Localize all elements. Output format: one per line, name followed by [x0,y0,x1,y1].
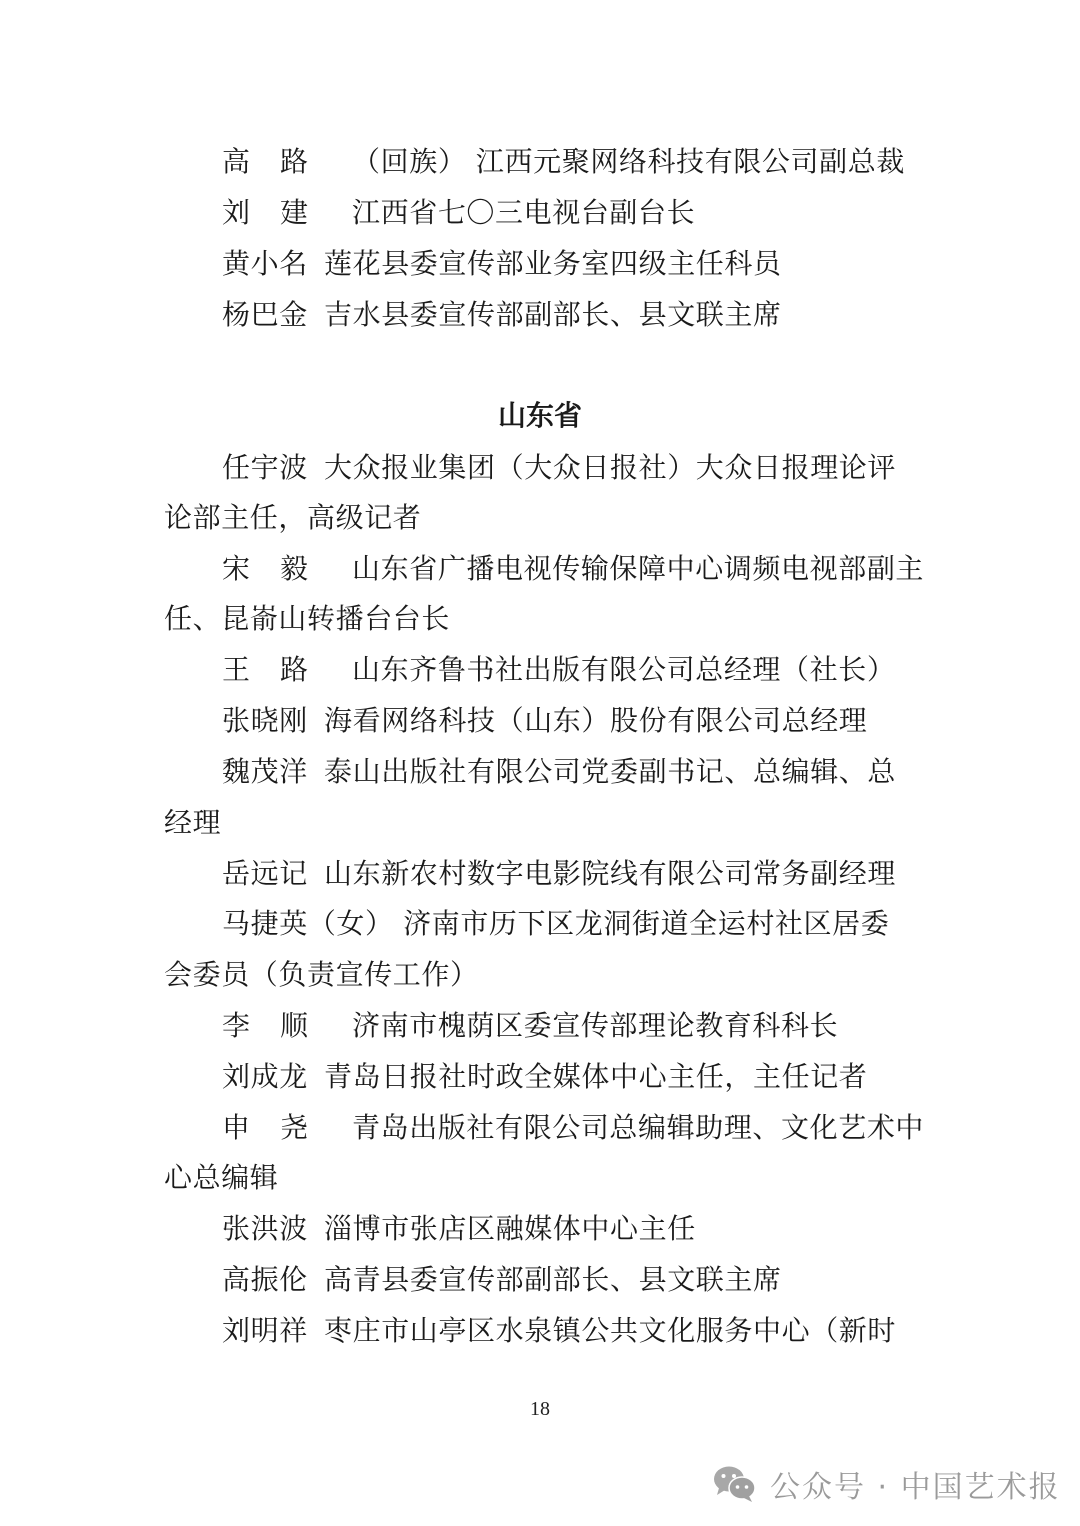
person-ethnicity: （回族） [352,145,466,178]
person-gender: （女） [308,907,394,940]
entry-continuation: 会委员（负责宣传工作） [164,957,920,993]
entry-continuation: 论部主任，高级记者 [164,500,920,536]
entry-continuation: 经理 [164,805,920,841]
person-title: 山东齐鲁书社出版有限公司总经理（社长） [352,653,895,686]
person-name: 魏茂洋 [222,754,310,790]
person-title: 大众报业集团（大众日报社）大众日报理论评 [324,451,896,484]
person-name: 高振伦 [222,1262,310,1298]
person-name: 宋毅 [222,551,338,587]
person-name: 张洪波 [222,1211,310,1247]
entry-line: 杨巴金吉水县委宣传部副部长、县文联主席 [222,297,922,333]
section-heading: 山东省 [0,398,1080,434]
person-title: 山东新农村数字电影院线有限公司常务副经理 [324,857,896,890]
person-name: 刘成龙 [222,1059,310,1095]
person-title: 莲花县委宣传部业务室四级主任科员 [324,247,782,280]
watermark-text: 公众号 · 中国艺术报 [770,1462,1061,1506]
person-name: 刘明祥 [222,1313,310,1349]
person-title: 高青县委宣传部副部长、县文联主席 [324,1263,782,1296]
entry-line: 黄小名莲花县委宣传部业务室四级主任科员 [222,246,922,282]
person-name: 马捷英 [222,906,308,942]
person-name: 任宇波 [222,450,310,486]
entry-line: 岳远记山东新农村数字电影院线有限公司常务副经理 [222,856,922,892]
person-title: 江西省七〇三电视台副台长 [352,196,695,229]
person-name: 高路 [222,144,338,180]
entry-line: 高路（回族） 江西元聚网络科技有限公司副总裁 [222,144,922,180]
entry-line: 王路山东齐鲁书社出版有限公司总经理（社长） [222,652,922,688]
person-title: 海看网络科技（山东）股份有限公司总经理 [324,704,867,737]
entry-line: 任宇波大众报业集团（大众日报社）大众日报理论评 [222,450,922,486]
page-number: 18 [530,1398,550,1421]
person-name: 刘建 [222,195,338,231]
person-name: 李顺 [222,1008,338,1044]
person-title: 济南市槐荫区委宣传部理论教育科科长 [352,1009,838,1042]
entry-line: 刘明祥枣庄市山亭区水泉镇公共文化服务中心（新时 [222,1313,922,1349]
entry-line: 宋毅山东省广播电视传输保障中心调频电视部副主 [222,551,922,587]
person-name: 张晓刚 [222,703,310,739]
person-title: 淄博市张店区融媒体中心主任 [324,1212,696,1245]
entry-line: 张洪波淄博市张店区融媒体中心主任 [222,1211,922,1247]
entry-line: 刘成龙青岛日报社时政全媒体中心主任，主任记者 [222,1059,922,1095]
person-title: 青岛日报社时政全媒体中心主任，主任记者 [324,1060,867,1093]
person-name: 申尧 [222,1110,338,1146]
person-title: 青岛出版社有限公司总编辑助理、文化艺术中 [352,1111,924,1144]
person-name: 杨巴金 [222,297,310,333]
person-title: 泰山出版社有限公司党委副书记、总编辑、总 [324,755,896,788]
person-name: 黄小名 [222,246,310,282]
document-page: 高路（回族） 江西元聚网络科技有限公司副总裁 刘建江西省七〇三电视台副台长 黄小… [0,0,1080,1526]
entry-continuation: 心总编辑 [164,1160,920,1196]
person-title: 枣庄市山亭区水泉镇公共文化服务中心（新时 [324,1314,896,1347]
person-title: 山东省广播电视传输保障中心调频电视部副主 [352,552,924,585]
entry-line: 马捷英（女） 济南市历下区龙洞街道全运村社区居委 [222,906,922,942]
person-title: 济南市历下区龙洞街道全运村社区居委 [394,907,890,940]
person-name: 王路 [222,652,338,688]
person-title: 吉水县委宣传部副部长、县文联主席 [324,298,782,331]
wechat-watermark: 公众号 · 中国艺术报 [712,1462,1061,1506]
person-name: 岳远记 [222,856,310,892]
entry-line: 高振伦高青县委宣传部副部长、县文联主席 [222,1262,922,1298]
entry-line: 刘建江西省七〇三电视台副台长 [222,195,922,231]
entry-continuation: 任、昆嵛山转播台台长 [164,601,920,637]
entry-line: 申尧青岛出版社有限公司总编辑助理、文化艺术中 [222,1110,922,1146]
entry-line: 李顺济南市槐荫区委宣传部理论教育科科长 [222,1008,922,1044]
person-title: 江西元聚网络科技有限公司副总裁 [466,145,905,178]
entry-line: 魏茂洋泰山出版社有限公司党委副书记、总编辑、总 [222,754,922,790]
wechat-icon [712,1464,758,1504]
entry-line: 张晓刚海看网络科技（山东）股份有限公司总经理 [222,703,922,739]
